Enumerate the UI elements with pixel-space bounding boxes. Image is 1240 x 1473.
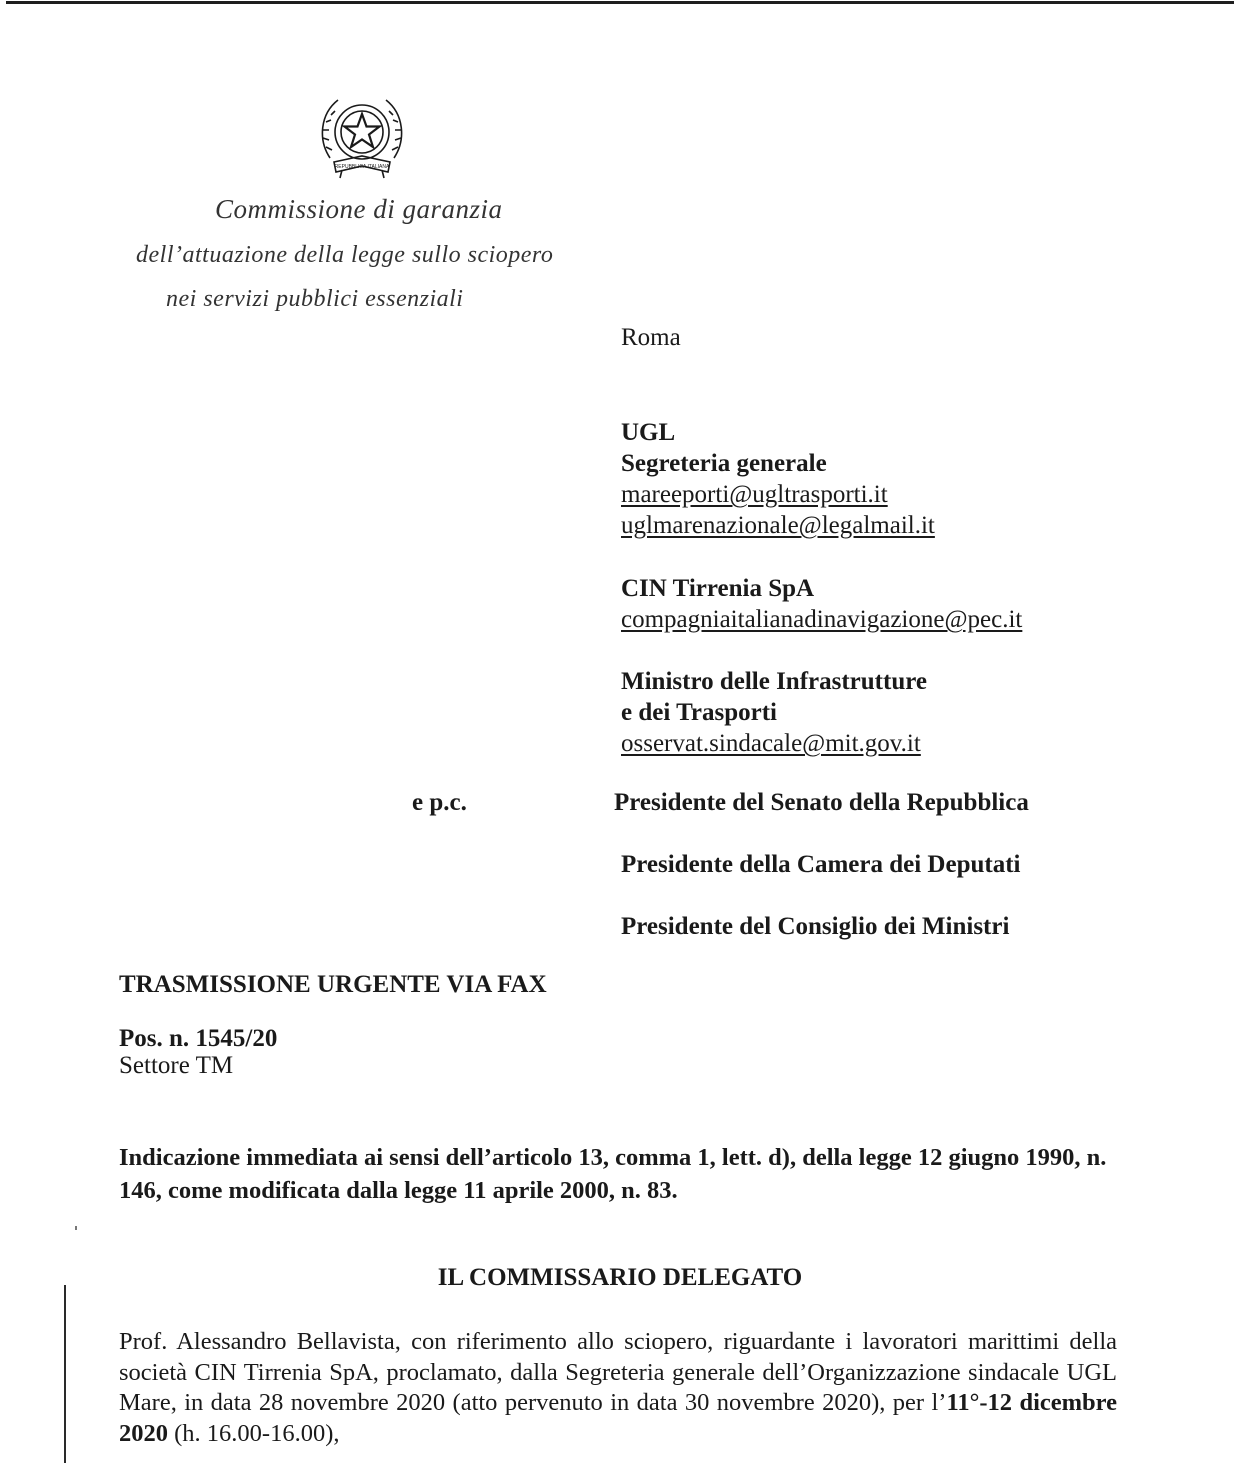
recipient-3-name-cont: e dei Trasporti <box>621 699 777 727</box>
cc-recipient-senate: Presidente del Senato della Repubblica <box>614 789 1029 817</box>
emblem-of-italy-icon: REPUBBLICA ITALIANA <box>312 88 412 188</box>
recipient-3-name: Ministro delle Infrastrutture <box>621 668 927 696</box>
body-text-end: (h. 16.00-16.00), <box>168 1420 339 1447</box>
recipient-1-email-1[interactable]: mareeporti@ugltrasporti.it <box>621 481 888 509</box>
sector: Settore TM <box>119 1052 233 1080</box>
letterhead-line-3: nei servizi pubblici essenziali <box>166 286 463 313</box>
subject: Indicazione immediata ai sensi dell’arti… <box>119 1141 1119 1207</box>
recipient-2-email[interactable]: compagniaitalianadinavigazione@pec.it <box>621 606 1022 634</box>
recipient-1-name: UGL <box>621 419 675 447</box>
margin-line <box>64 1285 66 1463</box>
svg-text:REPUBBLICA ITALIANA: REPUBBLICA ITALIANA <box>335 164 390 170</box>
recipient-2-name: CIN Tirrenia SpA <box>621 575 814 603</box>
transmission-note: TRASMISSIONE URGENTE VIA FAX <box>119 971 547 999</box>
place: Roma <box>621 324 681 352</box>
page-top-border <box>6 1 1234 4</box>
position-number: Pos. n. 1545/20 <box>119 1025 277 1053</box>
heading: IL COMMISSARIO DELEGATO <box>0 1264 1240 1292</box>
cc-label: e p.c. <box>412 789 467 817</box>
recipient-1-email-2[interactable]: uglmarenazionale@legalmail.it <box>621 512 935 540</box>
body-paragraph: Prof. Alessandro Bellavista, con riferim… <box>119 1327 1117 1449</box>
scan-speck <box>75 1226 77 1230</box>
cc-recipient-chamber: Presidente della Camera dei Deputati <box>621 851 1020 879</box>
cc-recipient-council: Presidente del Consiglio dei Ministri <box>621 913 1009 941</box>
recipient-1-department: Segreteria generale <box>621 450 827 478</box>
recipient-3-email[interactable]: osservat.sindacale@mit.gov.it <box>621 730 921 758</box>
letterhead-line-1: Commissione di garanzia <box>215 194 503 225</box>
letterhead-line-2: dell’attuazione della legge sullo sciope… <box>136 242 553 269</box>
